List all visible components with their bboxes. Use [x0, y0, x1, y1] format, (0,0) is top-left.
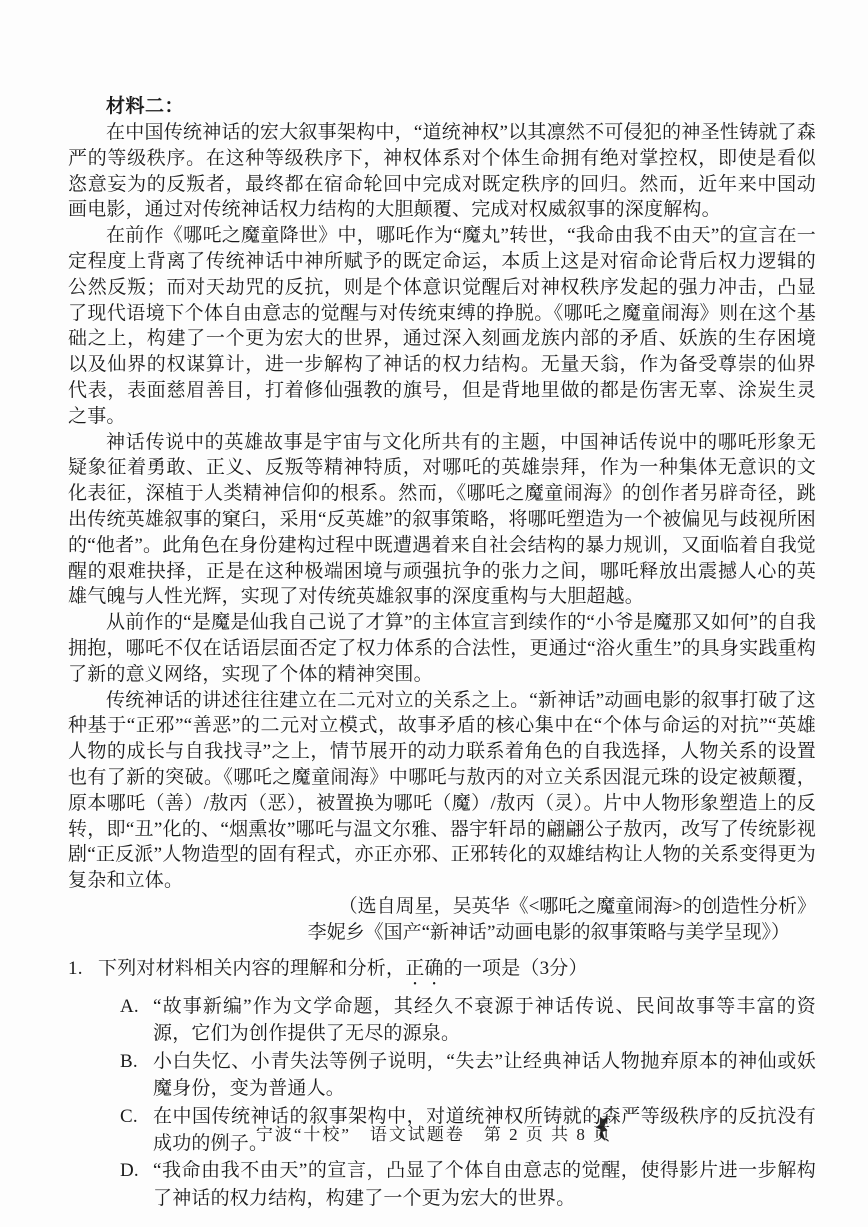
material-paragraph-1: 在中国传统神话的宏大叙事架构中，“道统神权”以其凛然不可侵犯的神圣性铸就了森严的… — [68, 120, 816, 223]
material-paragraph-4: 从前作的“是魔是仙我自己说了才算”的主体宣言到续作的“小爷是魔那又如何”的自我拥… — [68, 610, 816, 687]
footer-smudged-char: 页 — [593, 1120, 612, 1145]
option-b: B. 小白失忆、小青失法等例子说明，“失去”让经典神话人物抛弃原本的神仙或妖魔身… — [68, 1048, 816, 1103]
source-attribution-line-1: （选自周星，吴英华《<哪吒之魔童闹海>的创造性分析》 — [68, 894, 816, 920]
question-1-options: A. “故事新编”作为文学命题，其经久不衰源于神话传说、民间故事等丰富的资源，它… — [68, 993, 816, 1212]
stem-prefix: 下列对材料相关内容的理解和分析， — [98, 958, 405, 979]
option-d: D. “我命由我不由天”的宣言，凸显了个体自由意志的觉醒，使得影片进一步解构了神… — [68, 1157, 816, 1212]
material-paragraph-2: 在前作《哪吒之魔童降世》中，哪吒作为“魔丸”转世，“我命由我不由天”的宣言在一定… — [68, 223, 816, 429]
option-b-label: B. — [120, 1048, 153, 1103]
option-b-text: 小白失忆、小青失法等例子说明，“失去”让经典神话人物抛弃原本的神仙或妖魔身份，变… — [153, 1048, 816, 1103]
exam-paper-page: 材料二： 在中国传统神话的宏大叙事架构中，“道统神权”以其凛然不可侵犯的神圣性铸… — [0, 0, 868, 1227]
page-content: 材料二： 在中国传统神话的宏大叙事架构中，“道统神权”以其凛然不可侵犯的神圣性铸… — [68, 94, 816, 1212]
question-1: 1. 下列对材料相关内容的理解和分析，正确的一项是（3分） A. “故事新编”作… — [68, 955, 816, 1212]
page-footer: 宁波“十校” 语文试题卷 第 2 页 共 8 页 — [0, 1120, 868, 1145]
material-label: 材料二： — [68, 94, 816, 120]
material-paragraph-3: 神话传说中的英雄故事是宇宙与文化所共有的主题，中国神话传说中的哪吒形象无疑象征着… — [68, 430, 816, 611]
option-a-label: A. — [120, 993, 153, 1048]
option-a: A. “故事新编”作为文学命题，其经久不衰源于神话传说、民间故事等丰富的资源，它… — [68, 993, 816, 1048]
question-number: 1. — [68, 955, 98, 990]
option-a-text: “故事新编”作为文学命题，其经久不衰源于神话传说、民间故事等丰富的资源，它们为创… — [153, 993, 816, 1048]
option-d-label: D. — [120, 1157, 153, 1212]
option-d-text: “我命由我不由天”的宣言，凸显了个体自由意志的觉醒，使得影片进一步解构了神话的权… — [153, 1157, 816, 1212]
question-1-stem: 1. 下列对材料相关内容的理解和分析，正确的一项是（3分） — [68, 955, 816, 990]
material-paragraph-5: 传统神话的讲述往往建立在二元对立的关系之上。“新神话”动画电影的叙事打破了这种基… — [68, 688, 816, 894]
stem-suffix: 的一项是（3分） — [444, 958, 588, 979]
stem-emphasis-word: 正确 — [405, 958, 443, 979]
question-stem-text: 下列对材料相关内容的理解和分析，正确的一项是（3分） — [98, 955, 588, 990]
source-attribution-line-2: 李妮乡《国产“新神话”动画电影的叙事策略与美学呈现》） — [68, 920, 816, 946]
footer-text: 宁波“十校” 语文试题卷 第 2 页 共 8 — [256, 1125, 593, 1144]
